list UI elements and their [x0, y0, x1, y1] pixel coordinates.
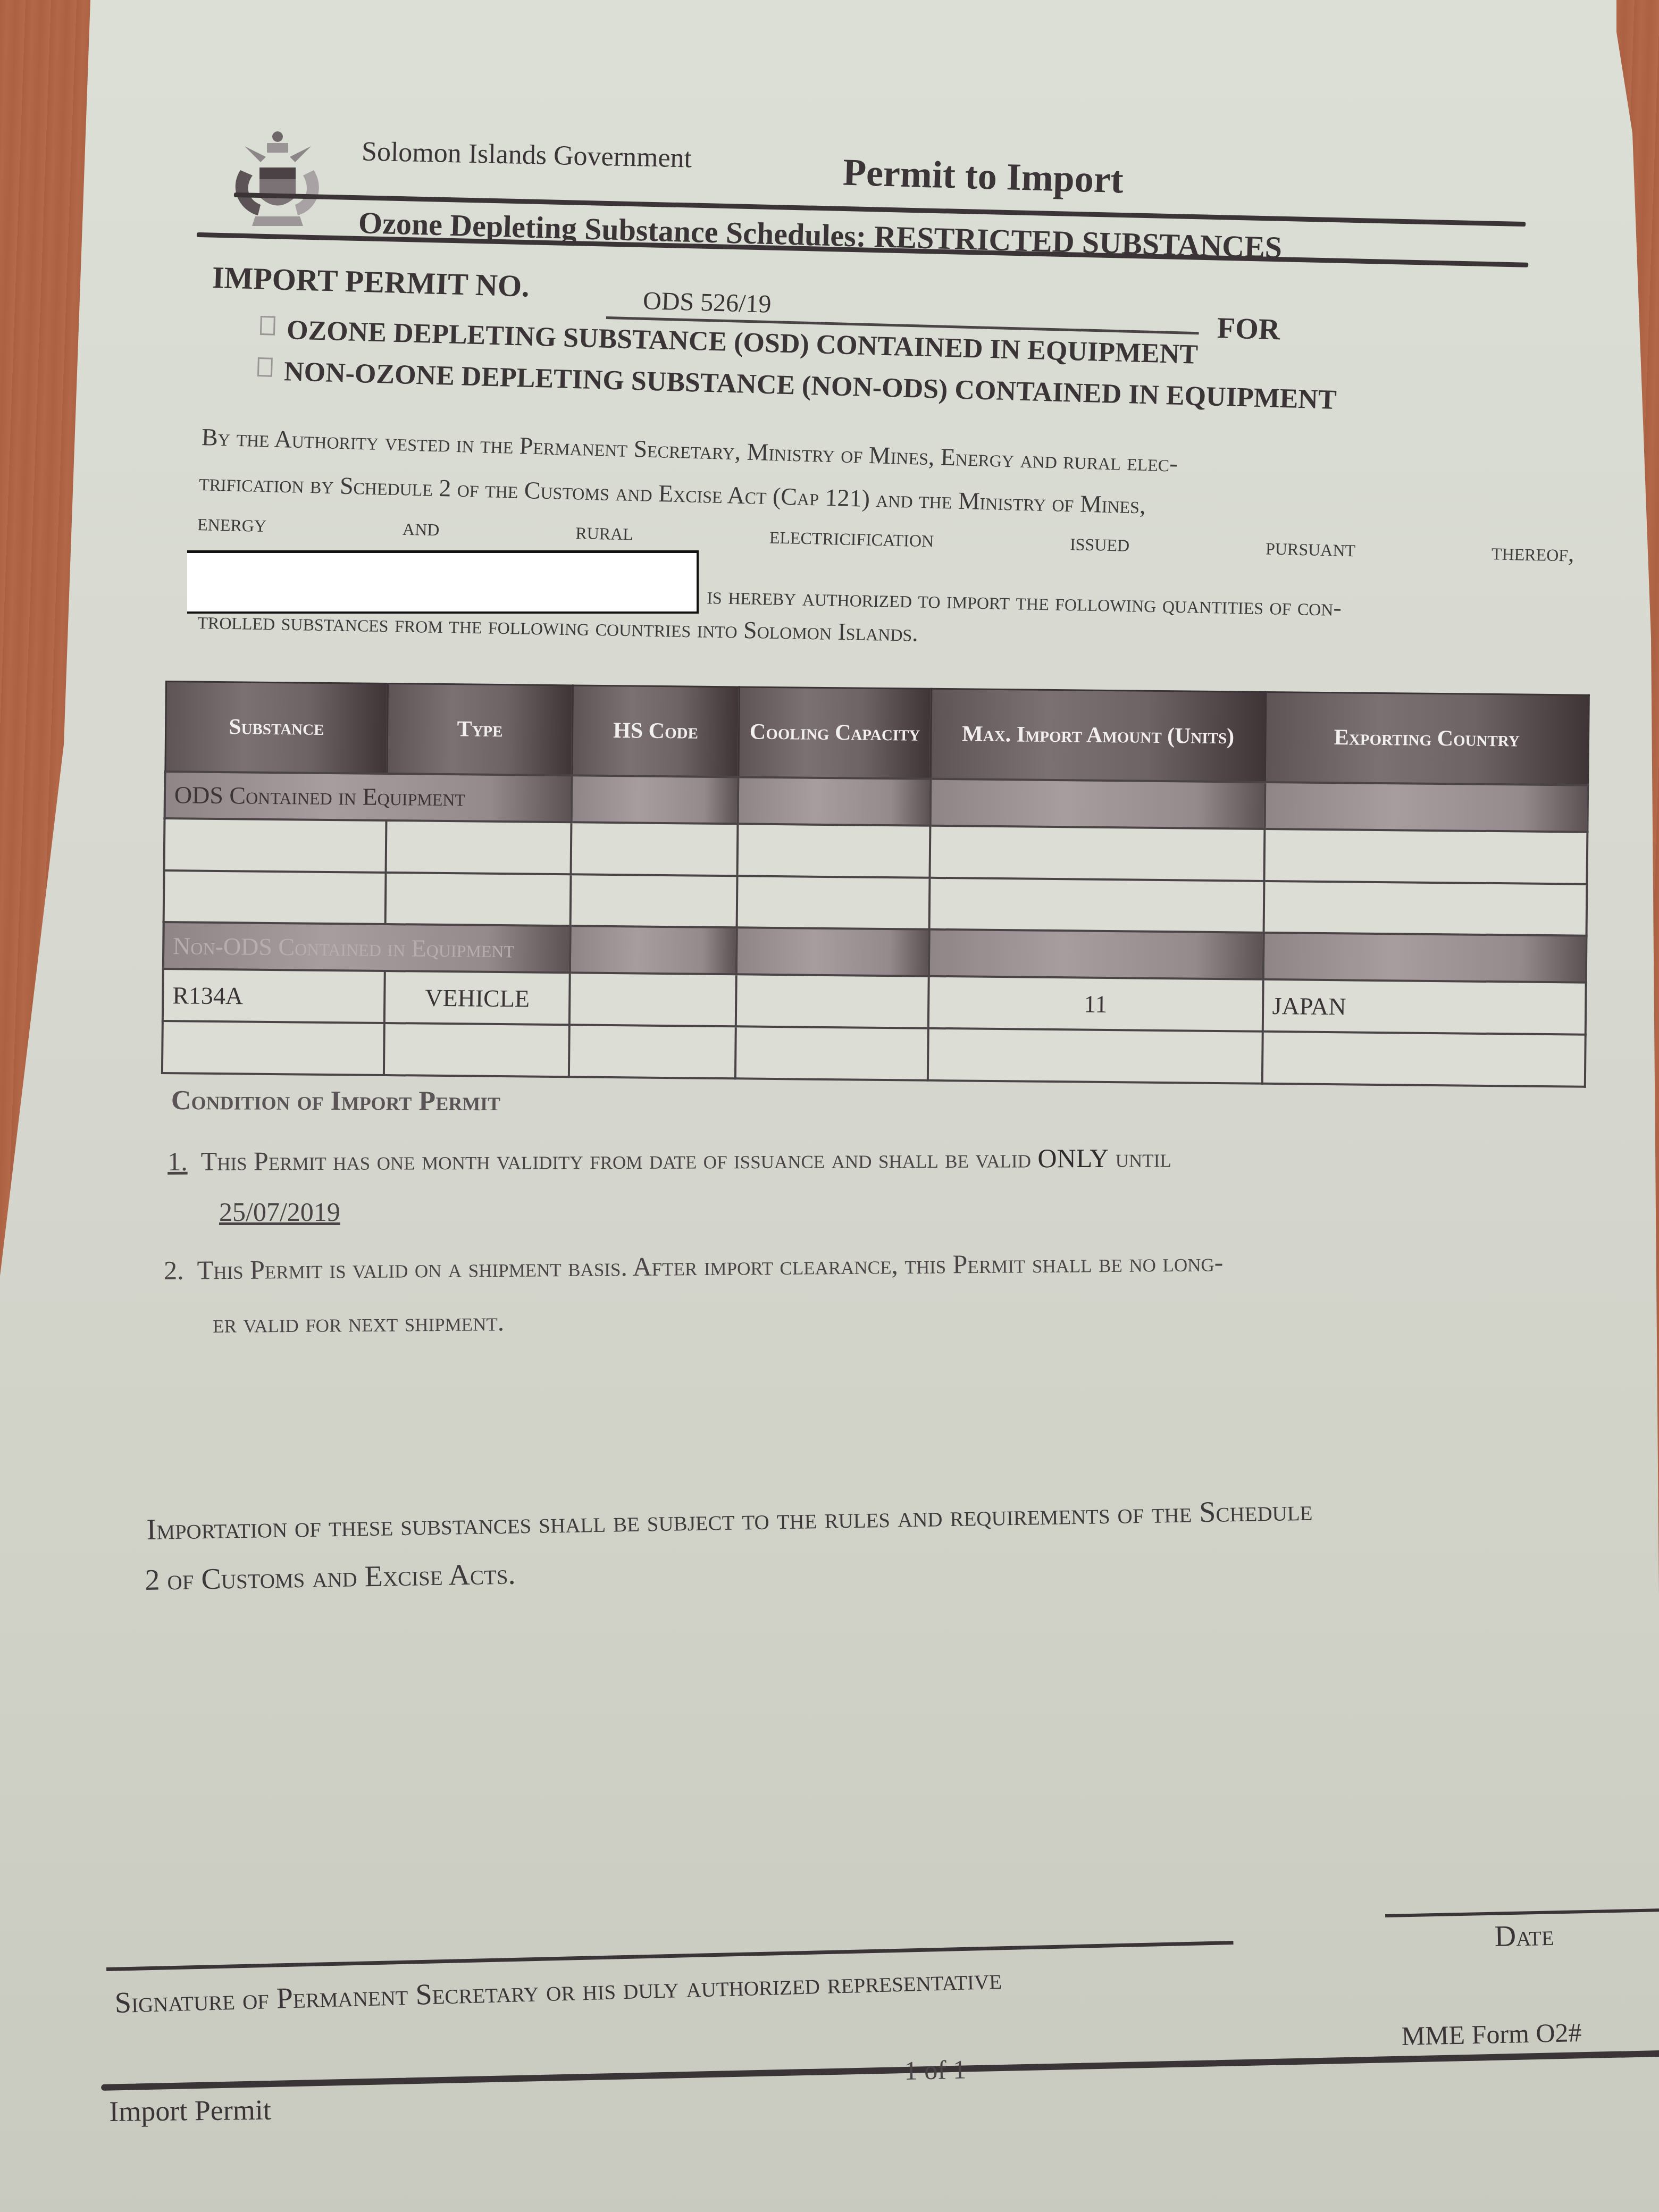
cell-hs-code — [569, 973, 736, 1026]
cell-type: VEHICLE — [384, 971, 570, 1025]
word: energy — [197, 508, 267, 538]
condition-number: 2. — [164, 1255, 184, 1285]
form-number: MME Form O2# — [1401, 2017, 1582, 2051]
column-header: Exporting Country — [1265, 692, 1589, 785]
substances-table: Substance Type HS Code Cooling Capacity … — [161, 681, 1590, 1088]
importation-text-line: 2 of Customs and Excise Acts. — [145, 1557, 516, 1597]
for-label: FOR — [1217, 311, 1280, 347]
date-line — [1385, 1908, 1659, 1917]
word: and — [403, 513, 440, 542]
column-header: HS Code — [572, 685, 740, 777]
condition-2: 2. This Permit is valid on a shipment ba… — [164, 1246, 1223, 1286]
cell-max-import: 11 — [928, 976, 1263, 1032]
cell-exporting-country: JAPAN — [1262, 979, 1586, 1035]
cell-substance: R134A — [163, 969, 385, 1023]
document-title: Permit to Import — [842, 150, 1124, 203]
condition-text: This Permit is valid on a shipment basis… — [197, 1247, 1224, 1285]
word: rural — [575, 516, 634, 546]
column-header: Max. Import Amount (Units) — [931, 689, 1266, 782]
word: thereof, — [1492, 537, 1575, 567]
word: pursuant — [1266, 532, 1356, 563]
government-name: Solomon Islands Government — [361, 136, 692, 174]
signature-line — [106, 1941, 1234, 1971]
page-number: 1 of 1 — [904, 2054, 967, 2086]
permit-number-value: ODS 526/19 — [642, 286, 772, 319]
section-title: Non-ODS Contained in Equipment — [163, 922, 571, 973]
column-header: Type — [387, 684, 573, 776]
column-header: Cooling Capacity — [739, 687, 932, 779]
word: electricification — [769, 521, 934, 552]
condition-1: 1. This Permit has one month validity fr… — [167, 1142, 1171, 1177]
footer-rule — [101, 2050, 1659, 2091]
condition-number: 1. — [167, 1146, 188, 1176]
condition-2-continued: er valid for next shipment. — [213, 1306, 504, 1339]
authority-text-line: By the Authority vested in the Permanent… — [202, 423, 1178, 477]
date-label: Date — [1494, 1918, 1554, 1954]
validity-date: 25/07/2019 — [219, 1196, 340, 1227]
cell-cooling-capacity — [736, 975, 928, 1028]
permit-number-label: IMPORT PERMIT NO. — [212, 259, 530, 304]
table-header-row: Substance Type HS Code Cooling Capacity … — [165, 682, 1589, 785]
conditions-heading: Condition of Import Permit — [171, 1085, 501, 1117]
section-title: ODS Contained in Equipment — [165, 772, 572, 822]
condition-emphasis: ONLY — [1037, 1143, 1109, 1173]
condition-text: until — [1109, 1143, 1171, 1172]
checkbox-icon[interactable] — [260, 316, 275, 336]
importation-text-line: Importation of these substances shall be… — [146, 1494, 1313, 1547]
footer-doc-name: Import Permit — [109, 2093, 271, 2128]
condition-text: This Permit has one month validity from … — [201, 1143, 1038, 1176]
redacted-importer-name — [187, 550, 699, 614]
permit-document: Solomon Islands Government Permit to Imp… — [0, 0, 1659, 2212]
coat-of-arms-icon — [229, 125, 324, 231]
column-header: Substance — [165, 682, 388, 774]
authority-text-line: is hereby authorized to import the follo… — [707, 581, 1342, 622]
signature-label: Signature of Permanent Secretary or his … — [114, 1962, 1002, 2020]
checkbox-icon[interactable] — [257, 357, 273, 377]
word: issued — [1070, 527, 1130, 557]
